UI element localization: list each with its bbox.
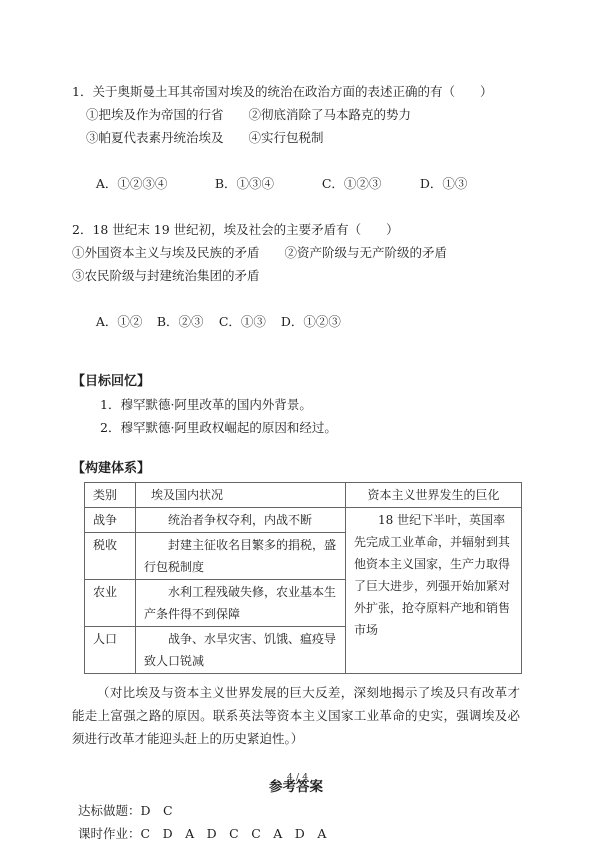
- choice-b: B．②③: [157, 310, 219, 333]
- row-text: 水利工程残破失修，农业基本生产条件得不到保障: [136, 580, 346, 627]
- choice-c: C．①③: [219, 310, 281, 333]
- question-1-choices: A．①②③④B．①③④C．①②③D．①③: [72, 149, 520, 218]
- row-text: 统治者争权夺利，内战不断: [136, 508, 346, 533]
- build-system-section: 【构建体系】 类别 埃及国内状况 资本主义世界发生的巨化 战争 统治者争权夺利，…: [72, 457, 520, 674]
- row-label: 战争: [85, 508, 136, 533]
- table-row: 战争 统治者争权夺利，内战不断 18 世纪下半叶，英国率先完成工业革命，并辐射到…: [85, 508, 522, 533]
- row-text: 战争、水旱灾害、饥饿、瘟疫导致人口锐减: [136, 627, 346, 674]
- question-2-option-line: ③农民阶级与封建统治集团的矛盾: [72, 264, 520, 287]
- choice-a: A．①②③④: [96, 172, 215, 195]
- row-label: 农业: [85, 580, 136, 627]
- header-egypt-domestic: 埃及国内状况: [136, 483, 346, 508]
- header-category: 类别: [85, 483, 136, 508]
- goal-recall-section: 【目标回忆】 1．穆罕默德·阿里改革的国内外背景。 2．穆罕默德·阿里政权崛起的…: [72, 370, 520, 439]
- header-capitalist-world: 资本主义世界发生的巨化: [346, 483, 522, 508]
- answer-line-standard: 达标做题：D C: [72, 799, 520, 822]
- capitalist-world-cell: 18 世纪下半叶，英国率先完成工业革命，并辐射到其他资本主义国家，生产力取得了巨…: [346, 508, 522, 674]
- build-system-heading: 【构建体系】: [72, 457, 520, 480]
- page-number: 4 / 4: [0, 772, 595, 784]
- choice-d: D．①③: [420, 172, 468, 195]
- table-header-row: 类别 埃及国内状况 资本主义世界发生的巨化: [85, 483, 522, 508]
- goal-recall-item: 1．穆罕默德·阿里改革的国内外背景。: [72, 393, 520, 416]
- row-label: 税收: [85, 533, 136, 580]
- answer-line-homework: 课时作业：C D A D C C A D A: [72, 822, 520, 841]
- choice-a: A．①②: [96, 310, 157, 333]
- row-text: 封建主征收名目繁多的捐税，盛行包税制度: [136, 533, 346, 580]
- choice-b: B．①③④: [215, 172, 322, 195]
- teaching-note: （对比埃及与资本主义世界发展的巨大反差，深刻地揭示了埃及只有改革才能走上富强之路…: [72, 681, 520, 750]
- choice-d: D．①②③: [281, 310, 341, 333]
- question-2-stem: 2．18 世纪末 19 世纪初，埃及社会的主要矛盾有（ ）: [72, 218, 520, 241]
- question-2-option-line: ①外国资本主义与埃及民族的矛盾 ②资产阶级与无产阶级的矛盾: [72, 241, 520, 264]
- goal-recall-item: 2．穆罕默德·阿里政权崛起的原因和经过。: [72, 416, 520, 439]
- question-1-stem: 1．关于奥斯曼土耳其帝国对埃及的统治在政治方面的表述正确的有（ ）: [72, 80, 520, 103]
- row-label: 人口: [85, 627, 136, 674]
- question-1-option-line: ①把埃及作为帝国的行省 ②彻底消除了马本路克的势力: [72, 103, 520, 126]
- goal-recall-heading: 【目标回忆】: [72, 370, 520, 393]
- question-1-option-line: ③帕夏代表素丹统治埃及 ④实行包税制: [72, 126, 520, 149]
- build-system-table: 类别 埃及国内状况 资本主义世界发生的巨化 战争 统治者争权夺利，内战不断 18…: [84, 482, 522, 674]
- question-1: 1．关于奥斯曼土耳其帝国对埃及的统治在政治方面的表述正确的有（ ） ①把埃及作为…: [72, 80, 520, 218]
- question-2: 2．18 世纪末 19 世纪初，埃及社会的主要矛盾有（ ） ①外国资本主义与埃及…: [72, 218, 520, 356]
- question-2-choices: A．①②B．②③C．①③D．①②③: [72, 287, 520, 356]
- worksheet-page: 1．关于奥斯曼土耳其帝国对埃及的统治在政治方面的表述正确的有（ ） ①把埃及作为…: [0, 0, 595, 841]
- choice-c: C．①②③: [322, 172, 420, 195]
